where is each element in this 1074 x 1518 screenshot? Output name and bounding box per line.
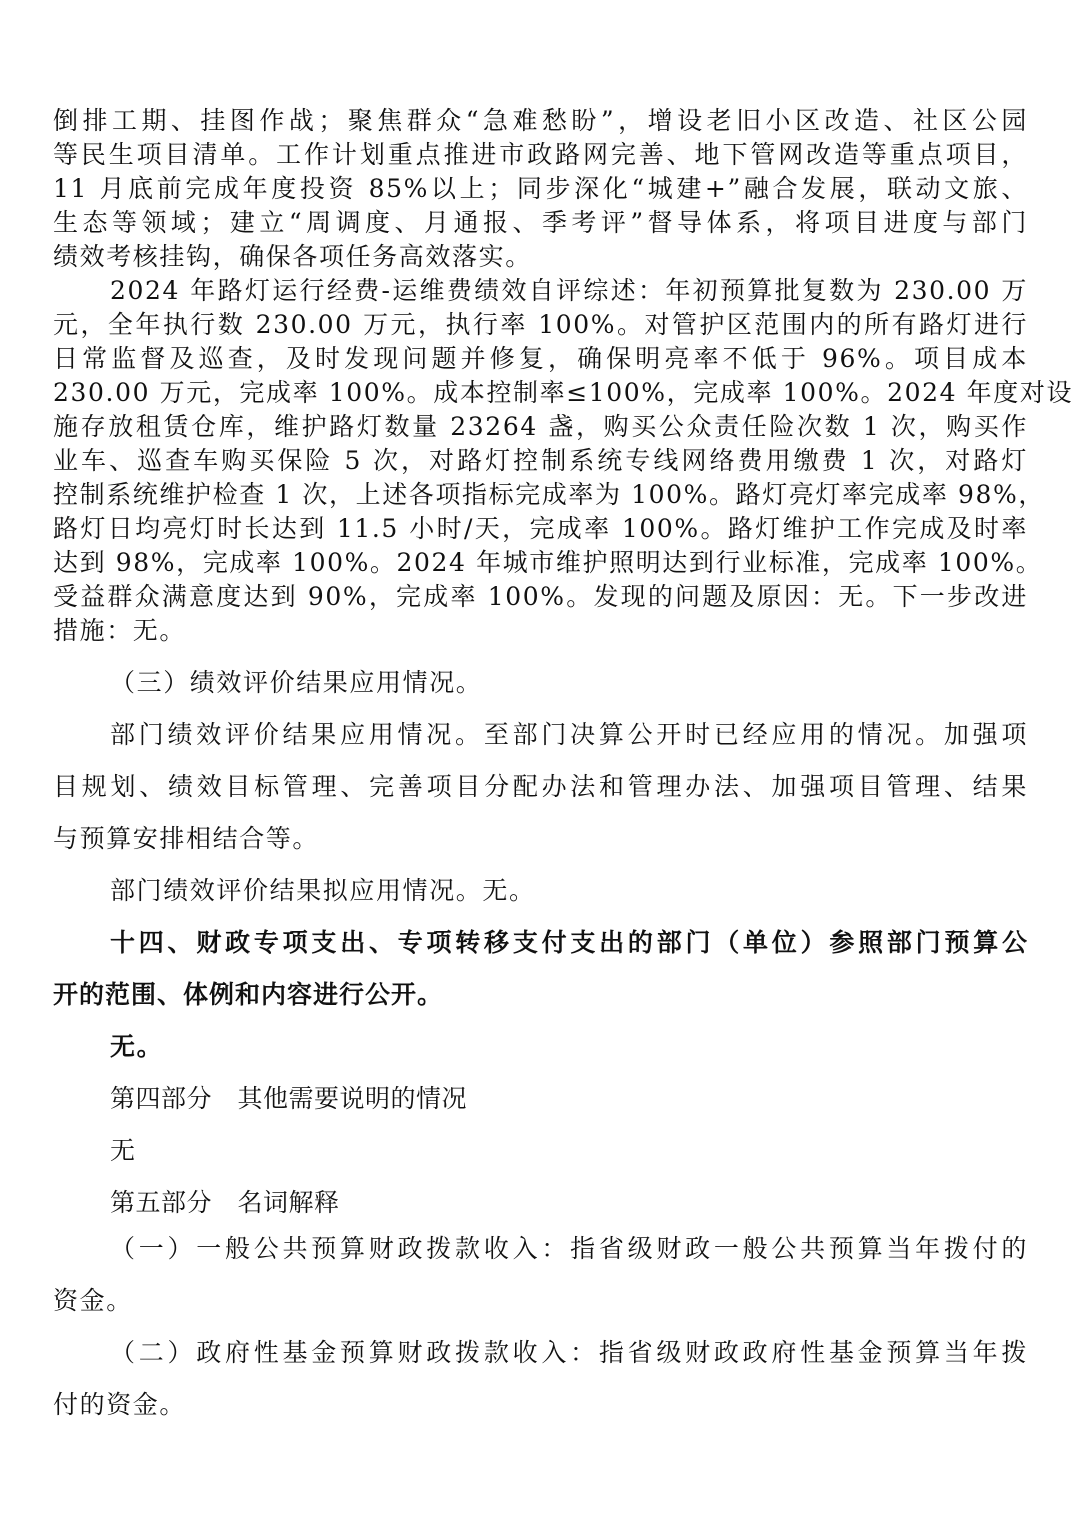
para1-line: 绩效考核挂钩，确保各项任务高效落实。 [53, 240, 1028, 274]
para2-line: 达到 98%，完成率 100%。2024 年城市维护照明达到行业标准，完成率 1… [53, 546, 1028, 580]
part5-heading: 第五部分 名词解释 [110, 1186, 1028, 1220]
term2-line: 付的资金。 [53, 1388, 1028, 1422]
para2-line: 日常监督及巡查，及时发现问题并修复，确保明亮率不低于 96%。项目成本 [53, 342, 1028, 376]
para2-line: 施存放租赁仓库，维护路灯数量 23264 盏，购买公众责任险次数 1 次，购买作 [53, 410, 1028, 444]
para2-line: 路灯日均亮灯时长达到 11.5 小时/天，完成率 100%。路灯维护工作完成及时… [53, 512, 1028, 546]
term1-line: （一）一般公共预算财政拨款收入：指省级财政一般公共预算当年拨付的 [110, 1232, 1028, 1266]
para2-line: 控制系统维护检查 1 次，上述各项指标完成率为 100%。路灯亮灯率完成率 98… [53, 478, 1028, 512]
para2-line: 措施：无。 [53, 614, 1028, 648]
para3-line: 目规划、绩效目标管理、完善项目分配办法和管理办法、加强项目管理、结果 [53, 770, 1028, 804]
para1-line: 生态等领域；建立“周调度、月通报、季考评”督导体系，将项目进度与部门 [53, 206, 1028, 240]
para1-line: 等民生项目清单。工作计划重点推进市政路网完善、地下管网改造等重点项目， [53, 138, 1028, 172]
para2-line: 230.00 万元，完成率 100%。成本控制率≤100%，完成率 100%。2… [53, 376, 1028, 410]
part4-body: 无 [110, 1134, 1028, 1168]
heading14-body: 无。 [110, 1030, 1028, 1064]
para2-line: 元，全年执行数 230.00 万元，执行率 100%。对管护区范围内的所有路灯进… [53, 308, 1028, 342]
section3-heading: （三）绩效评价结果应用情况。 [110, 666, 1028, 700]
para2-line: 2024 年路灯运行经费-运维费绩效自评综述：年初预算批复数为 230.00 万 [110, 274, 1028, 308]
term2-line: （二）政府性基金预算财政拨款收入：指省级财政政府性基金预算当年拨 [110, 1336, 1028, 1370]
para3-line: 与预算安排相结合等。 [53, 822, 1028, 856]
para1-line: 11 月底前完成年度投资 85%以上；同步深化“城建+”融合发展，联动文旅、 [53, 172, 1028, 206]
para4: 部门绩效评价结果拟应用情况。无。 [110, 874, 1028, 908]
para2-line: 受益群众满意度达到 90%，完成率 100%。发现的问题及原因：无。下一步改进 [53, 580, 1028, 614]
part4-heading: 第四部分 其他需要说明的情况 [110, 1082, 1028, 1116]
para1-line: 倒排工期、挂图作战；聚焦群众“急难愁盼”，增设老旧小区改造、社区公园 [53, 104, 1028, 138]
para2-line: 业车、巡查车购买保险 5 次，对路灯控制系统专线网络费用缴费 1 次，对路灯 [53, 444, 1028, 478]
heading14-line: 开的范围、体例和内容进行公开。 [53, 978, 1028, 1012]
document-page: 倒排工期、挂图作战；聚焦群众“急难愁盼”，增设老旧小区改造、社区公园 等民生项目… [0, 0, 1074, 1518]
heading14-line: 十四、财政专项支出、专项转移支付支出的部门（单位）参照部门预算公 [110, 926, 1028, 960]
term1-line: 资金。 [53, 1284, 1028, 1318]
para3-line: 部门绩效评价结果应用情况。至部门决算公开时已经应用的情况。加强项 [110, 718, 1028, 752]
